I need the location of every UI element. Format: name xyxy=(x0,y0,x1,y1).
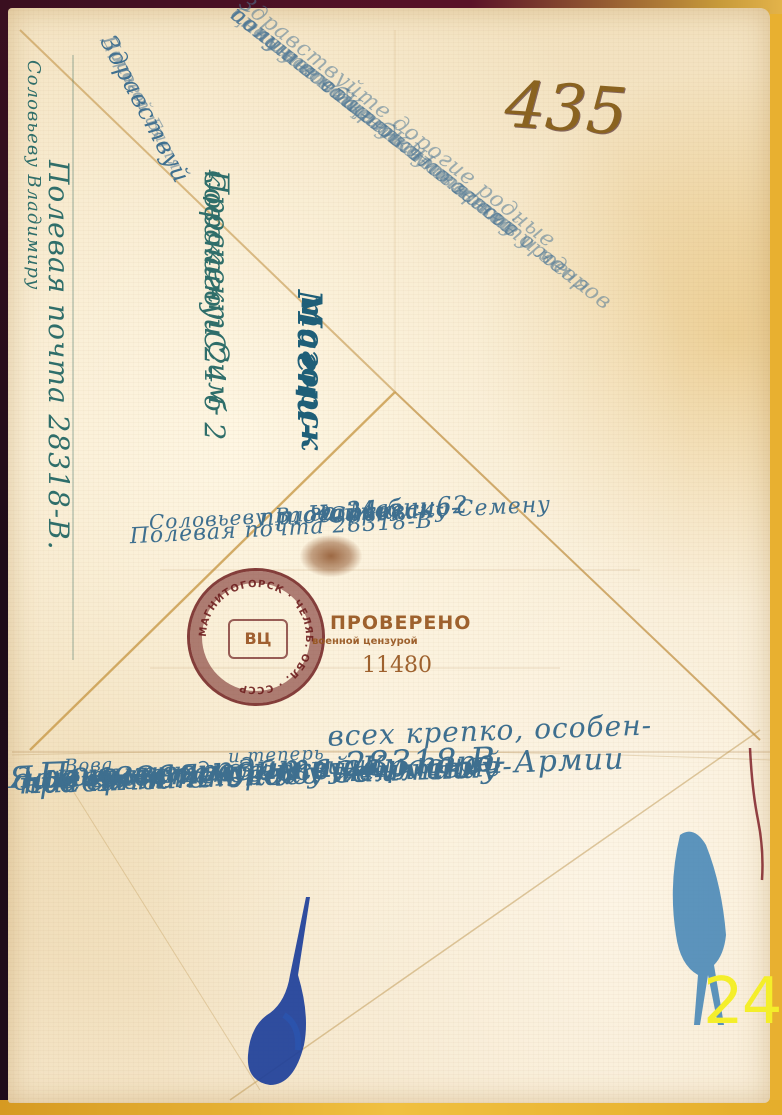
address-left-line: Полевая почта 28318-В. xyxy=(41,160,76,551)
body-line: Вова xyxy=(64,754,114,778)
address-left-line: тогорск xyxy=(293,296,331,451)
address-left-line: Соловьеву Владимиру xyxy=(22,60,45,290)
censor-stamp: ПРОВЕРЕНО военной цензурой 11480 xyxy=(300,612,471,678)
address-left-line: Сорокину С xyxy=(197,170,232,353)
censor-stamp-subtitle: военной цензурой xyxy=(312,636,471,647)
archive-number: 435 xyxy=(503,68,630,150)
censor-stamp-title: ПРОВЕРЕНО xyxy=(330,612,471,634)
censor-stamp-number: 11480 xyxy=(362,653,471,678)
postmark-center: ВЦ xyxy=(228,619,288,659)
letter-paper xyxy=(8,8,770,1103)
ink-blot-center xyxy=(240,895,320,1095)
page-number-overlay: 24 xyxy=(703,965,780,1039)
paper-texture xyxy=(8,8,770,1103)
